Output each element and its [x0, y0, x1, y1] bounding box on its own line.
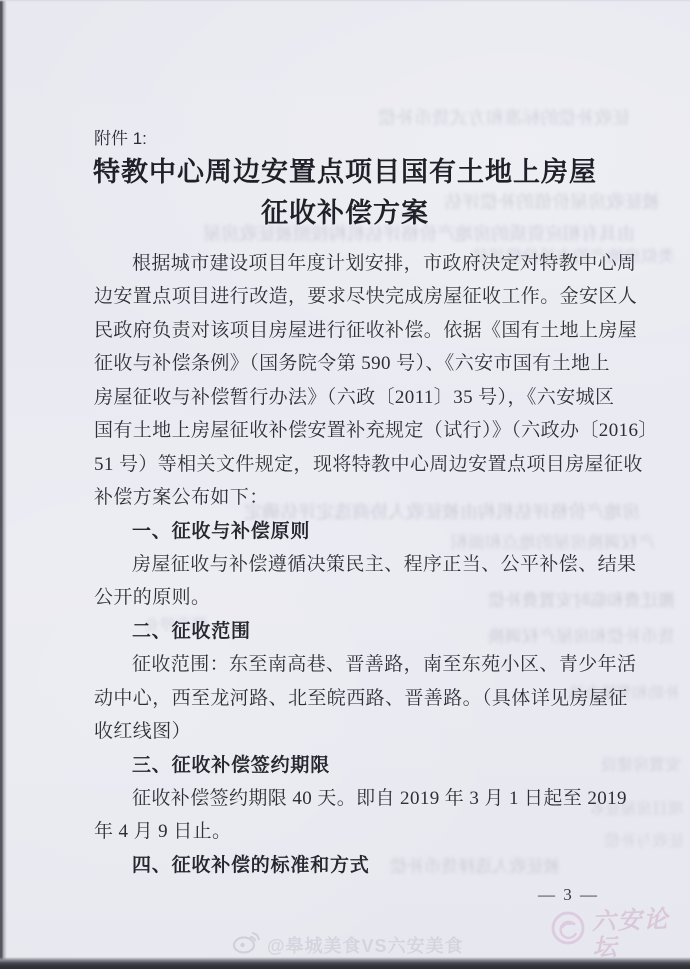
scan-edge-top	[0, 0, 690, 2]
document-line: 动中心，西至龙河路、北至皖西路、晋善路。（具体详见房屋征	[94, 682, 614, 715]
attachment-label: 附件 1:	[94, 124, 147, 149]
bleedthrough-text: 征收补偿的标准和方式货币补偿	[300, 104, 630, 130]
section-heading: 二、征收范围	[94, 615, 614, 648]
weibo-watermark: @皋城美食VS六安美食	[232, 930, 464, 959]
scanned-document-page: 征收补偿的标准和方式货币补偿被征收房屋价值的补偿评估由具有相应资质的房地产价格评…	[0, 0, 690, 969]
section-heading: 三、征收补偿签约期限	[94, 749, 614, 782]
page-number: — 3 —	[538, 885, 599, 905]
document-line: 征收补偿签约期限 40 天。即自 2019 年 3 月 1 日起至 2019	[94, 782, 614, 815]
section-heading: 四、征收补偿的标准和方式	[94, 849, 614, 882]
document-line: 年 4 月 9 日止。	[94, 815, 614, 848]
section-heading: 一、征收与补偿原则	[94, 515, 614, 548]
weibo-icon	[232, 930, 260, 959]
document-line: 公开的原则。	[94, 581, 614, 614]
document-title-line2: 征收补偿方案	[0, 193, 690, 234]
document-body: 根据城市建设项目年度计划安排，市政府决定对特教中心周边安置点项目进行改造，要求尽…	[94, 247, 614, 882]
document-line: 房屋征收与补偿遵循决策民主、程序正当、公平补偿、结果	[94, 548, 614, 581]
document-line: 民政府负责对该项目房屋进行征收补偿。依据《国有土地上房屋	[94, 314, 614, 347]
document-title-line1: 特教中心周边安置点项目国有土地上房屋	[0, 152, 690, 193]
document-line: 边安置点项目进行改造，要求尽快完成房屋征收工作。金安区人	[94, 280, 614, 313]
document-line: 征收与补偿条例》（国务院令第 590 号）、《六安市国有土地上	[94, 347, 614, 380]
document-line: 根据城市建设项目年度计划安排，市政府决定对特教中心周	[94, 247, 614, 280]
forum-swirl-icon	[548, 908, 588, 953]
document-line: 51 号）等相关文件规定，现将特教中心周边安置点项目房屋征收	[94, 448, 614, 481]
document-line: 收红线图）	[94, 715, 614, 748]
scan-edge-left	[0, 0, 7, 969]
document-line: 房屋征收与补偿暂行办法》（六政〔2011〕35 号），《六安城区	[94, 381, 614, 414]
document-line: 补偿方案公布如下：	[94, 481, 614, 514]
document-line: 征收范围：东至南高巷、晋善路，南至东苑小区、青少年活	[94, 648, 614, 681]
weibo-handle-text: @皋城美食VS六安美食	[267, 932, 464, 958]
scan-edge-bottom	[0, 957, 690, 969]
document-line: 国有土地上房屋征收补偿安置补充规定（试行）》（六政办〔2016〕	[94, 414, 614, 447]
document-title: 特教中心周边安置点项目国有土地上房屋 征收补偿方案	[0, 152, 690, 234]
forum-name-text: 六安论坛	[591, 906, 690, 961]
